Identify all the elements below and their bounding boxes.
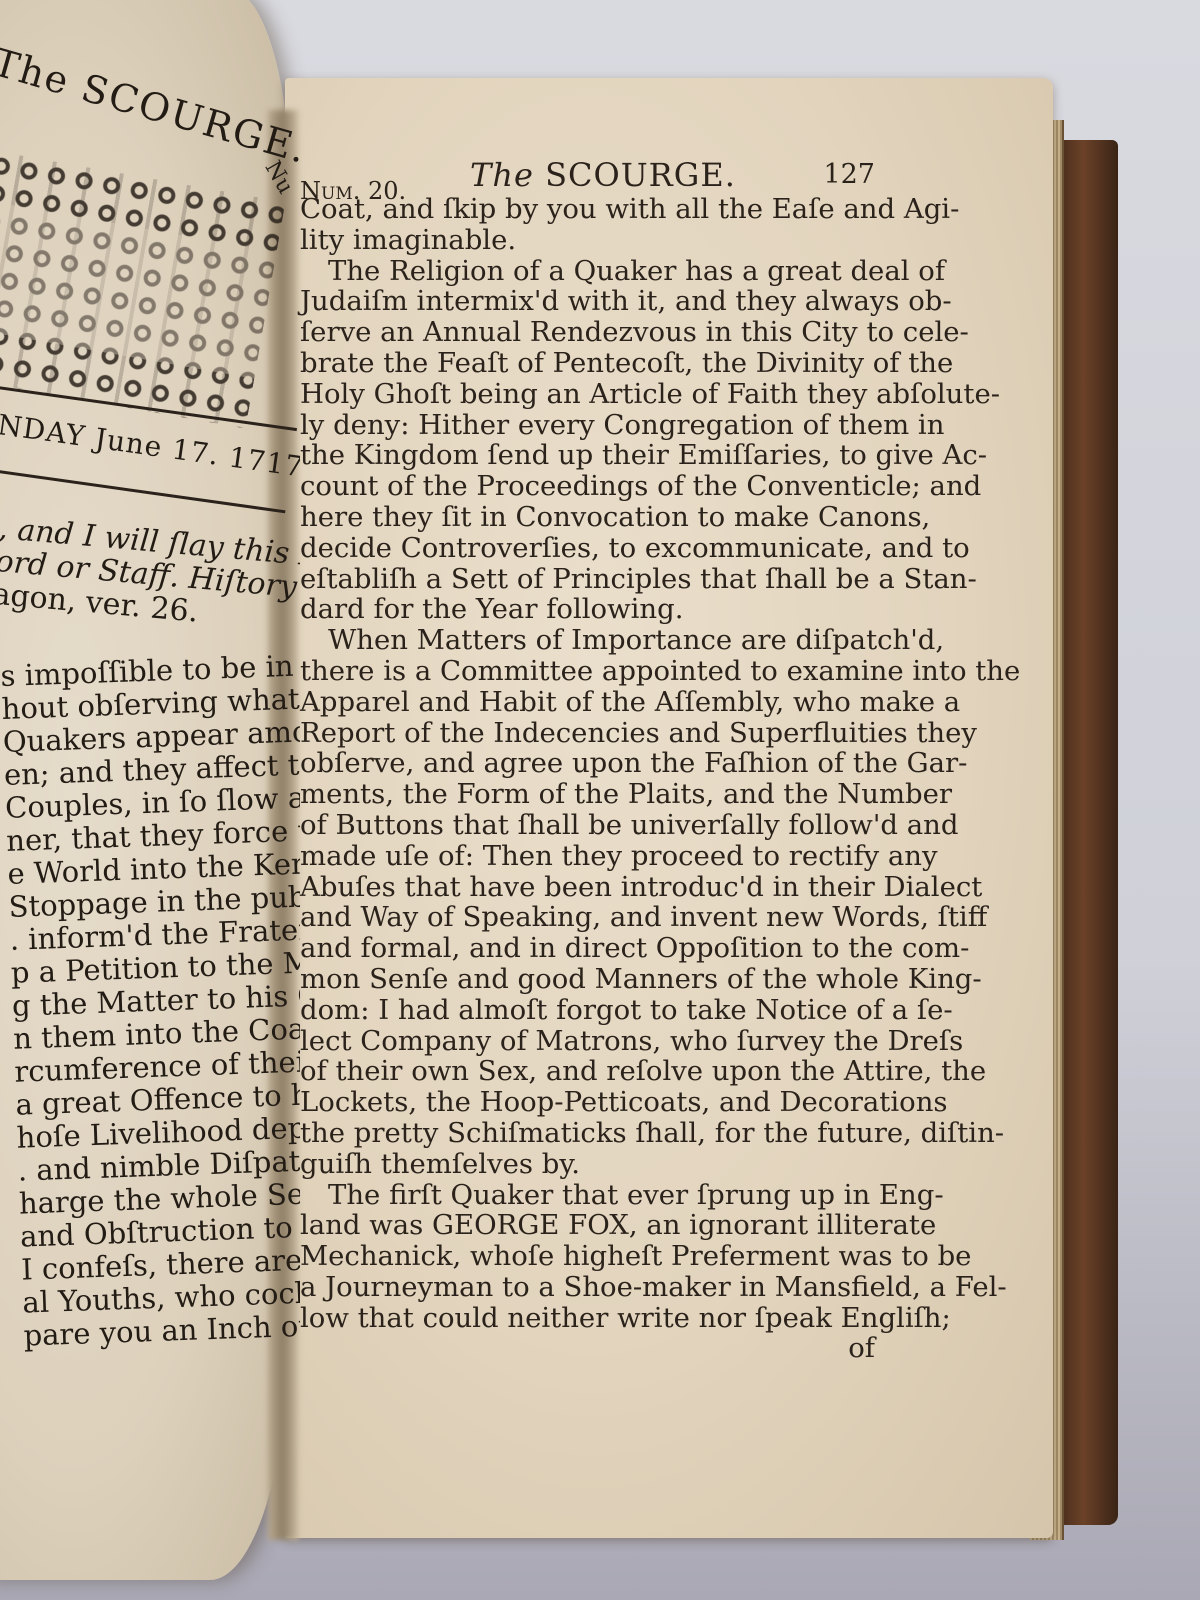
text-line: the Kingdom ſend up their Emiſſaries, to… [300,440,875,471]
right-page-content: Num. 20. The SCOURGE. 127 Coat, and ſkip… [300,160,875,1364]
text-line: ſerve an Annual Rendezvous in this City … [300,317,875,348]
text-line: Mechanick, whoſe higheſt Preferment was … [300,1241,875,1272]
text-line: land was GEORGE FOX, an ignorant illiter… [300,1210,875,1241]
left-running-title: The SCOURGE. [0,40,300,172]
text-line: The Religion of a Quaker has a great dea… [300,256,875,287]
text-line: brate the Feaſt of Pentecoſt, the Divini… [300,348,875,379]
text-line: made uſe of: Then they proceed to rectif… [300,841,875,872]
text-line: Report of the Indecencies and Superfluit… [300,718,875,749]
text-line: lity imaginable. [300,225,875,256]
text-line: of their own Sex, and reſolve upon the A… [300,1056,875,1087]
text-line: Abuſes that have been introduc'd in thei… [300,872,875,903]
epigraph: , and I will ſlay this D ord or Staff. H… [0,512,300,639]
running-header: Num. 20. The SCOURGE. 127 [300,160,875,194]
text-line: The firſt Quaker that ever ſprung up in … [300,1180,875,1211]
text-line: of Buttons that ſhall be univerſally fol… [300,810,875,841]
title-caps: SCOURGE. [545,156,736,194]
text-line: Holy Ghoſt being an Article of Faith the… [300,379,875,410]
left-page-content: The SCOURGE. Nu NDAY June 17. 1717. , an… [0,0,300,1600]
text-line: mon Senſe and good Manners of the whole … [300,964,875,995]
text-line: eſtabliſh a Sett of Principles that ſhal… [300,564,875,595]
text-line: ly deny: Hither every Congregation of th… [300,410,875,441]
text-line: lect Company of Matrons, who ſurvey the … [300,1026,875,1057]
title-italic: The [470,156,534,194]
text-line: a Journeyman to a Shoe-maker in Mansfiel… [300,1272,875,1303]
text-line: and Way of Speaking, and invent new Word… [300,902,875,933]
running-title: The SCOURGE. [470,160,736,191]
book-photo: The SCOURGE. Nu NDAY June 17. 1717. , an… [0,0,1200,1600]
leather-cover-edge [1060,140,1118,1525]
text-line: decide Controverſies, to excommunicate, … [300,533,875,564]
text-line: dard for the Year following. [300,594,875,625]
page-number: 127 [823,160,875,191]
text-line: Judaiſm intermix'd with it, and they alw… [300,286,875,317]
text-line: there is a Committee appointed to examin… [300,656,875,687]
text-line: guiſh themſelves by. [300,1149,875,1180]
issue-number: Num. 20. [300,176,406,207]
text-line: here they ſit in Convocation to make Can… [300,502,875,533]
text-line: and formal, and in direct Oppoſition to … [300,933,875,964]
text-line: Apparel and Habit of the Aſſembly, who m… [300,687,875,718]
left-body-text: s impoſſible to be in the S hout obſervi… [0,646,300,1353]
ornamental-headpiece-icon [0,150,285,429]
text-line: the pretty Schiſmaticks ſhall, for the f… [300,1118,875,1149]
text-line: When Matters of Importance are diſpatch'… [300,625,875,656]
text-line: low that could neither write nor ſpeak E… [300,1303,875,1334]
text-line: dom: I had almoſt forgot to take Notice … [300,995,875,1026]
text-line: count of the Proceedings of the Conventi… [300,471,875,502]
catchword: of [300,1333,875,1364]
text-line: ments, the Form of the Plaits, and the N… [300,779,875,810]
text-line: obſerve, and agree upon the Faſhion of t… [300,748,875,779]
body-text: Coat, and ſkip by you with all the Eaſe … [300,194,875,1333]
text-line: Lockets, the Hoop-Petticoats, and Decora… [300,1087,875,1118]
